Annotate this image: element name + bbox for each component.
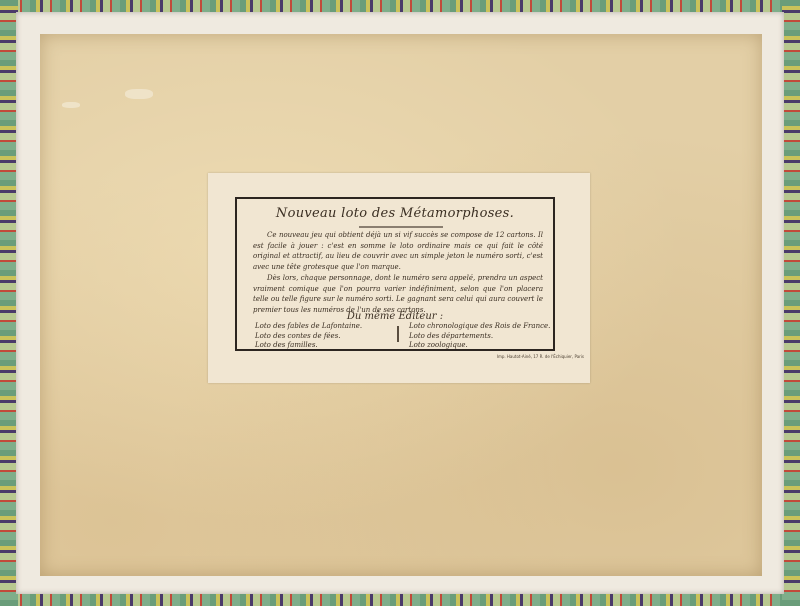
label-title: Nouveau loto des Métamorphoses. [237,206,553,221]
game-list-item: Loto chronologique des Rois de France. [409,322,550,332]
game-list-item: Loto des fables de Lafontaine. [255,322,362,332]
label-frame: Nouveau loto des Métamorphoses. Ce nouve… [235,197,555,351]
description-paragraph-2: Dès lors, chaque personnage, dont le num… [253,273,543,315]
game-list-item: Loto des familles. [255,341,362,351]
editor-heading: Du même Editeur : [237,311,553,322]
game-list-item: Loto zoologique. [409,341,550,351]
game-label: Nouveau loto des Métamorphoses. Ce nouve… [208,173,590,383]
paper-tear [62,102,80,108]
game-list-item: Loto des départements. [409,332,550,342]
paper-tear [125,89,153,99]
description-paragraph-1: Ce nouveau jeu qui obtient déjà un si vi… [253,230,543,272]
title-underline [359,226,443,228]
column-divider [397,326,399,342]
game-list-item: Loto des contes de fées. [255,332,362,342]
other-games-right: Loto chronologique des Rois de France. L… [409,322,550,351]
printer-imprint: Imp. Hautot-Ainé, 17 R. de l'Échiquier, … [497,354,584,359]
other-games-left: Loto des fables de Lafontaine. Loto des … [255,322,362,351]
decorative-border-right [782,0,800,606]
